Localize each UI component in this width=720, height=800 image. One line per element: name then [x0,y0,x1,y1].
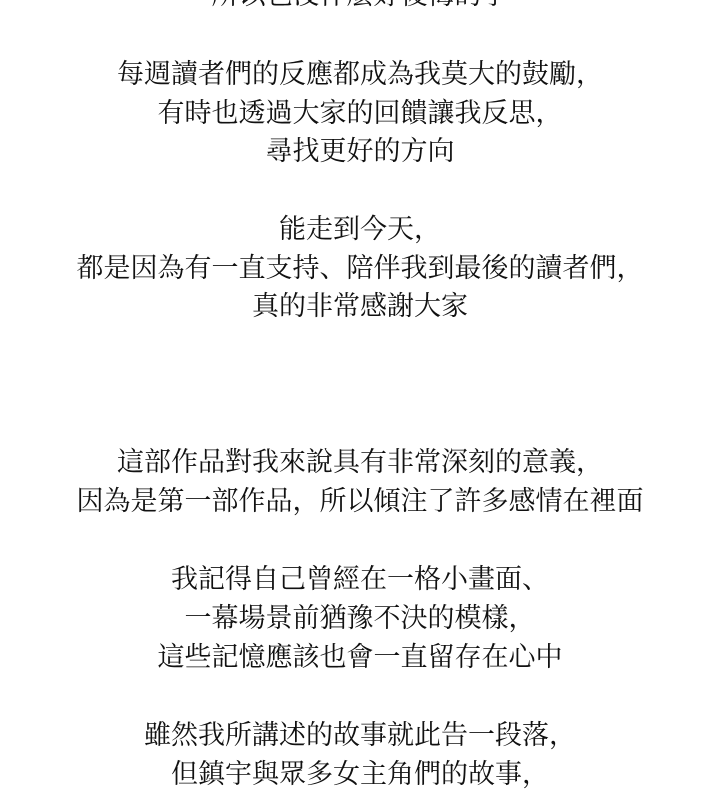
text-line: 但鎮宇與眾多女主角們的故事， [0,757,720,793]
text-line: 這部作品對我來說具有非常深刻的意義， [0,445,720,481]
text-line: 真的非常感謝大家 [0,289,720,325]
text-line: 一幕場景前猶豫不決的模樣， [0,601,720,637]
text-line: 所以也沒什麼好後悔的了 [0,0,720,14]
text-line: 這些記憶應該也會一直留存在心中 [0,640,720,676]
text-line: 都是因為有一直支持、陪伴我到最後的讀者們， [0,251,720,287]
text-line: 能走到今天， [0,212,720,248]
text-line: 尋找更好的方向 [0,134,720,170]
afterword-page: 所以也沒什麼好後悔的了 每週讀者們的反應都成為我莫大的鼓勵， 有時也透過大家的回… [0,0,720,800]
text-line: 每週讀者們的反應都成為我莫大的鼓勵， [0,57,720,93]
text-line: 我記得自己曾經在一格小畫面、 [0,562,720,598]
text-line: 雖然我所講述的故事就此告一段落， [0,718,720,754]
text-line: 有時也透過大家的回饋讓我反思， [0,96,720,132]
text-line: 因為是第一部作品，所以傾注了許多感情在裡面 [0,484,720,520]
